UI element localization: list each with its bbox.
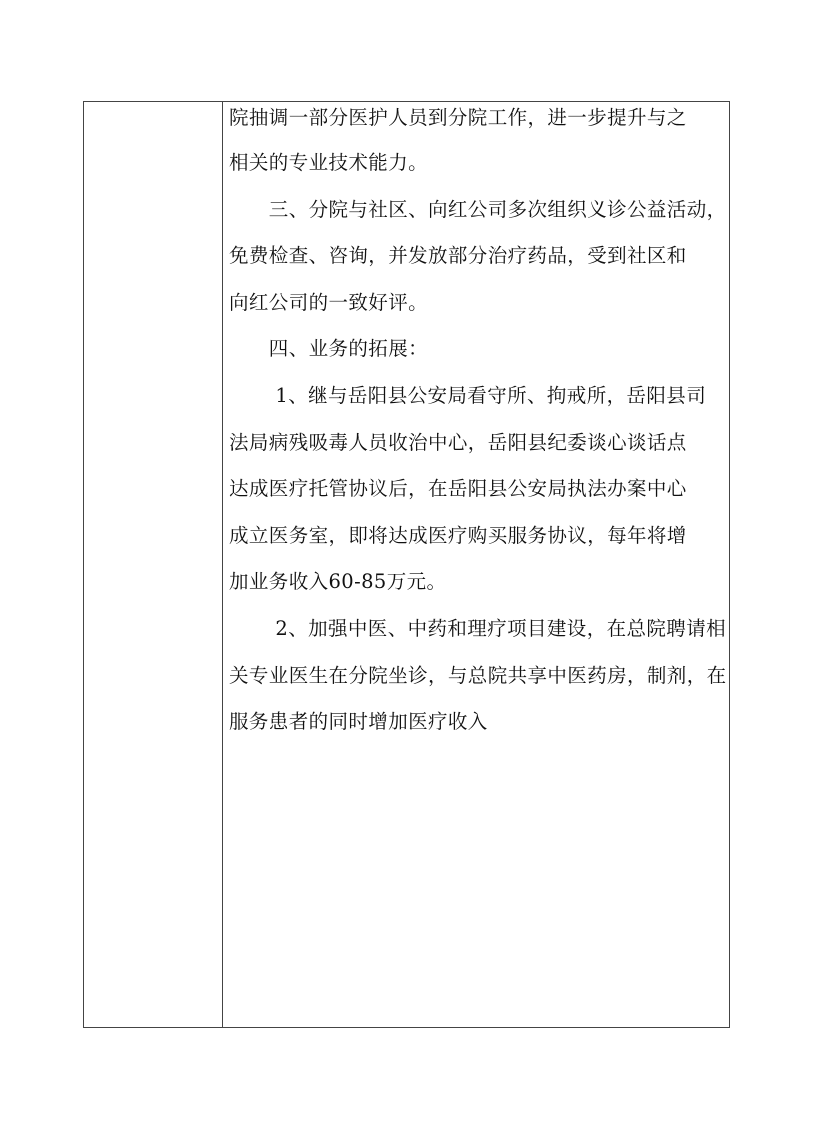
text-line: 免费检查、咨询，并发放部分治疗药品，受到社区和	[229, 240, 734, 287]
section-heading: 四、业务的拓展：	[229, 333, 734, 380]
text-line: 达成医疗托管协议后，在岳阳县公安局执法办案中心	[229, 473, 734, 520]
text-line: 相关的专业技术能力。	[229, 147, 734, 194]
text-line: 法局病残吸毒人员收治中心，岳阳县纪委谈心谈话点	[229, 427, 734, 474]
text-line: 向红公司的一致好评。	[229, 287, 734, 334]
text-line: 加业务收入60-85万元。	[229, 566, 734, 613]
left-cell	[84, 102, 223, 1027]
text-line: 服务患者的同时增加医疗收入	[229, 706, 734, 753]
text-line: 成立医务室，即将达成医疗购买服务协议，每年将增	[229, 520, 734, 567]
text-line: 2、加强中医、中药和理疗项目建设，在总院聘请相	[229, 613, 734, 660]
text-line: 关专业医生在分院坐诊，与总院共享中医药房，制剂，在	[229, 660, 734, 707]
text-line: 三、分院与社区、向红公司多次组织义诊公益活动，	[229, 194, 734, 241]
cell-content: 院抽调一部分医护人员到分院工作，进一步提升与之 相关的专业技术能力。 三、分院与…	[229, 102, 734, 753]
text-line: 院抽调一部分医护人员到分院工作，进一步提升与之	[229, 102, 734, 147]
text-line: 1、继与岳阳县公安局看守所、拘戒所，岳阳县司	[229, 380, 734, 427]
right-cell: 院抽调一部分医护人员到分院工作，进一步提升与之 相关的专业技术能力。 三、分院与…	[223, 102, 729, 1027]
document-table: 院抽调一部分医护人员到分院工作，进一步提升与之 相关的专业技术能力。 三、分院与…	[83, 101, 730, 1028]
